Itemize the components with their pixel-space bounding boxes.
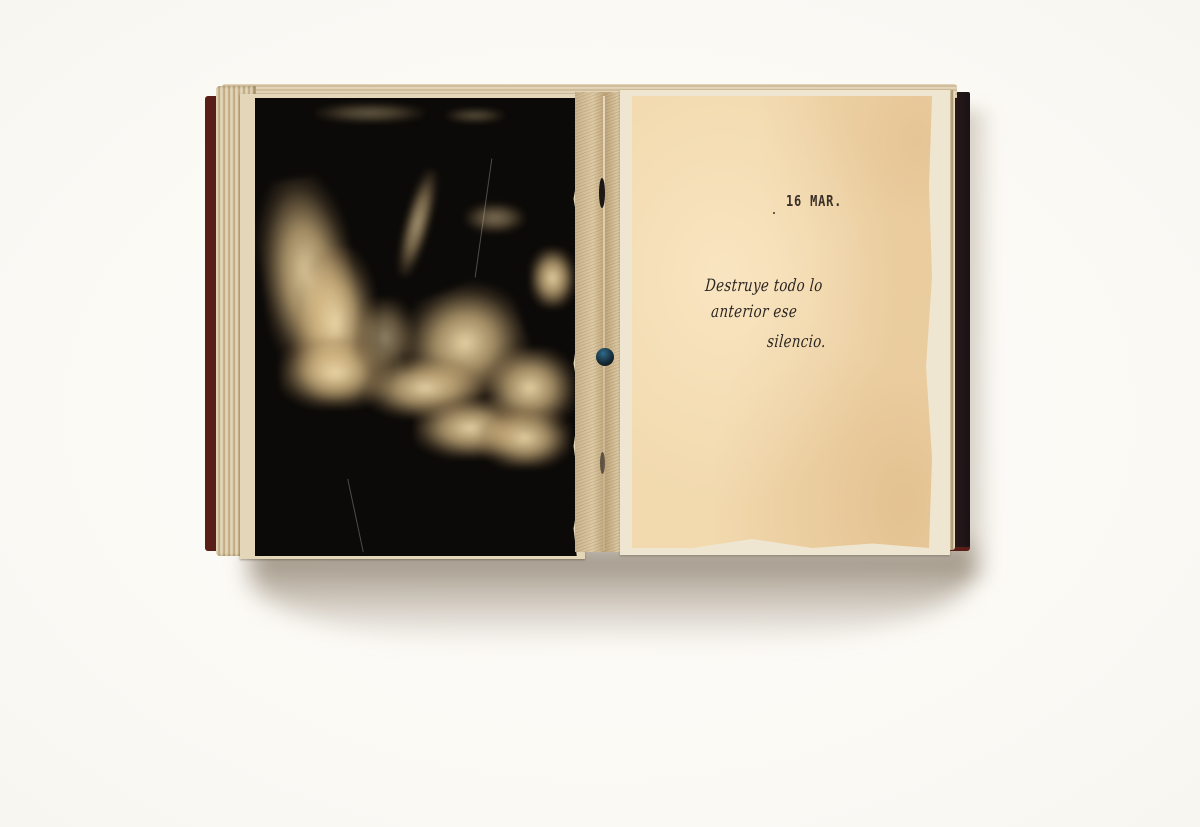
- flame-shape: [465, 203, 525, 233]
- binding-stitch: [600, 452, 605, 474]
- handwritten-line-2: anterior ese: [710, 302, 798, 322]
- binding-stitch: [599, 178, 605, 208]
- binding-stitch: [596, 348, 614, 366]
- flame-shape: [391, 167, 444, 280]
- book-shadow: [250, 545, 970, 645]
- spine-crease: [603, 96, 605, 551]
- right-page: [632, 96, 932, 548]
- stamp-dot: [773, 212, 775, 214]
- flame-shape: [315, 103, 425, 123]
- handwritten-line-1: Destruye todo lo: [704, 276, 823, 296]
- handwritten-line-3: silencio.: [766, 332, 826, 352]
- photo-crack: [347, 479, 364, 553]
- book-photo-scene: 16 MAR. Destruye todo lo anterior ese si…: [0, 0, 1200, 827]
- date-stamp: 16 MAR.: [786, 192, 842, 210]
- flame-shape: [530, 248, 575, 308]
- flame-shape: [445, 108, 505, 123]
- flame-shape: [480, 408, 570, 468]
- flame-photograph: [255, 98, 580, 556]
